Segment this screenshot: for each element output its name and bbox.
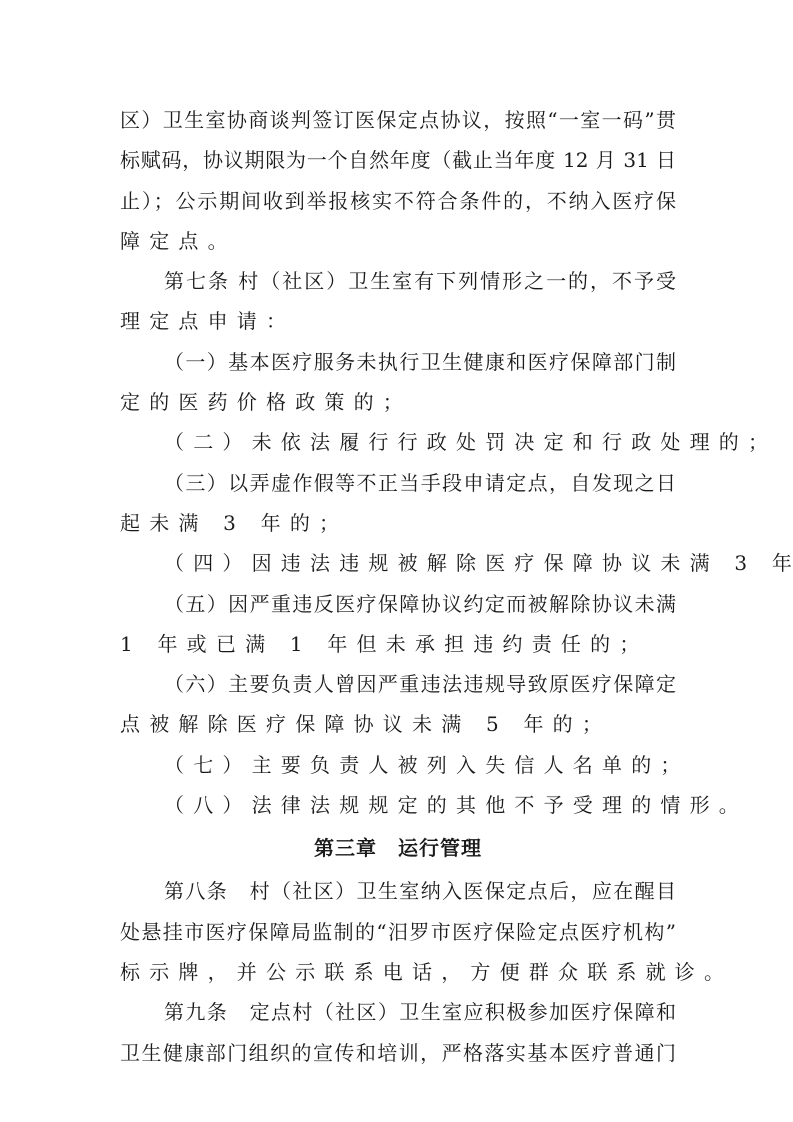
article-8-line: 标示牌，并公示联系电话，方便群众联系就诊。 [120, 952, 676, 992]
paragraph-line: 障定点。 [120, 221, 676, 261]
article-7-line: 第七条 村（社区）卫生室有下列情形之一的，不予受 [120, 261, 676, 301]
list-item-5-line: （五）因严重违反医疗保障协议约定而被解除协议未满 [120, 584, 676, 624]
article-8-line: 处悬挂市医疗保障局监制的“汨罗市医疗保险定点医疗机构” [120, 912, 676, 952]
body-text-block-2: 第八条 村（社区）卫生室纳入医保定点后，应在醒目 处悬挂市医疗保障局监制的“汨罗… [120, 871, 676, 1072]
article-8-line: 第八条 村（社区）卫生室纳入医保定点后，应在醒目 [120, 871, 676, 911]
paragraph-line: 标赋码，协议期限为一个自然年度（截止当年度 12 月 31 日 [120, 140, 676, 180]
article-9-line: 卫生健康部门组织的宣传和培训，严格落实基本医疗普通门 [120, 1033, 676, 1073]
list-item-4-line: （四）因违法违规被解除医疗保障协议未满 3 年的； [120, 543, 676, 583]
list-item-6-line: 点被解除医疗保障协议未满 5 年的； [120, 704, 676, 744]
list-item-8-line: （八）法律法规规定的其他不予受理的情形。 [120, 785, 676, 825]
chapter-heading: 第三章 运行管理 [120, 825, 676, 871]
article-9-line: 第九条 定点村（社区）卫生室应积极参加医疗保障和 [120, 992, 676, 1032]
list-item-3-line: （三）以弄虚作假等不正当手段申请定点，自发现之日 [120, 463, 676, 503]
paragraph-line: 止）；公示期间收到举报核实不符合条件的，不纳入医疗保 [120, 181, 676, 221]
list-item-1-line: （一）基本医疗服务未执行卫生健康和医疗保障部门制 [120, 342, 676, 382]
list-item-1-line: 定的医药价格政策的； [120, 382, 676, 422]
list-item-6-line: （六）主要负责人曾因严重违法违规导致原医疗保障定 [120, 664, 676, 704]
document-page: 区）卫生室协商谈判签订医保定点协议，按照“一室一码”贯 标赋码，协议期限为一个自… [120, 100, 676, 1073]
body-text-block-1: 区）卫生室协商谈判签订医保定点协议，按照“一室一码”贯 标赋码，协议期限为一个自… [120, 100, 676, 825]
list-item-3-line: 起未满 3 年的； [120, 503, 676, 543]
paragraph-line: 区）卫生室协商谈判签订医保定点协议，按照“一室一码”贯 [120, 100, 676, 140]
list-item-2-line: （二）未依法履行行政处罚决定和行政处理的； [120, 422, 676, 462]
list-item-5-line: 1 年或已满 1 年但未承担违约责任的； [120, 624, 676, 664]
article-7-line: 理定点申请： [120, 301, 676, 341]
list-item-7-line: （七）主要负责人被列入失信人名单的； [120, 745, 676, 785]
